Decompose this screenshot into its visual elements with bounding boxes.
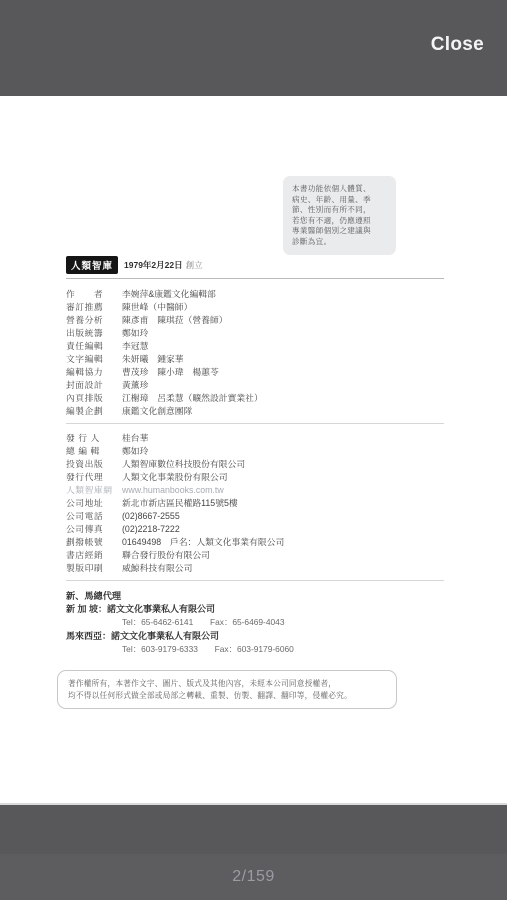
info-value: 人類文化事業股份有限公司 [122,470,228,483]
credit-row: 編製企劃 康鑑文化創意團隊 [66,404,444,417]
credit-row: 作 者 李婉萍&康鑑文化編輯部 [66,287,444,300]
credit-label: 編輯協力 [66,365,122,378]
credit-value: 江榭璋 呂柔慧（曠然設計實業社） [122,391,263,404]
info-row: 發 行 人 桂台華 [66,431,444,444]
pager-strip[interactable]: 2/159 [0,854,507,900]
credit-label: 內頁排版 [66,391,122,404]
reader-screen: Close 本書功能依個人體質、 病史、年齡、用量、季 節、性別而有所不同， 若… [0,0,507,900]
info-row: 製版印刷 威鯨科技有限公司 [66,561,444,574]
copyright-notice-box: 著作權所有，本著作文字、圖片、版式及其他內容，未經本公司同意授權者， 均不得以任… [57,670,397,709]
info-label: 書店經銷 [66,548,122,561]
note-line: 若您有不適，仍應遵照 [292,216,387,227]
page-indicator: 2/159 [232,868,275,886]
website-url: www.humanbooks.com.tw [122,485,224,495]
credit-value: 陳世峰（中醫師） [122,300,192,313]
book-page[interactable]: 本書功能依個人體質、 病史、年齡、用量、季 節、性別而有所不同， 若您有不適，仍… [0,96,507,803]
info-label: 發 行 人 [66,431,122,444]
copyright-line: 均不得以任何形式做全部或局部之轉載、重製、仿製、翻譯、翻印等，侵權必究。 [68,690,386,702]
credit-value: 黃薰珍 [122,378,148,391]
agent-region: 新 加 坡： [66,602,107,615]
credit-value: 陳彥甫 陳琪菈（營養師） [122,313,228,326]
credit-value: 李婉萍&康鑑文化編輯部 [122,287,216,300]
founded-suffix: 創立 [186,259,203,271]
bottom-bar: 2/159 [0,803,507,900]
credit-row: 審訂推薦 陳世峰（中醫師） [66,300,444,313]
note-line: 節、性別而有所不同， [292,205,387,216]
info-value: 威鯨科技有限公司 [122,561,192,574]
info-value: 01649498 戶名：人類文化事業有限公司 [122,535,284,548]
credit-value: 李冠慧 [122,339,148,352]
credit-value: 康鑑文化創意團隊 [122,404,192,417]
info-label: 總 編 輯 [66,444,122,457]
info-row: 書店經銷 聯合發行股份有限公司 [66,548,444,561]
credit-row: 營養分析 陳彥甫 陳琪菈（營養師） [66,313,444,326]
credit-label: 營養分析 [66,313,122,326]
founded-date: 1979年2月22日 [124,259,183,271]
note-line: 病史、年齡、用量、季 [292,195,387,206]
info-row: 投資出版 人類智庫數位科技股份有限公司 [66,457,444,470]
credit-label: 編製企劃 [66,404,122,417]
info-value: 桂台華 [122,431,148,444]
info-row: 公司傳真 (02)2218-7222 [66,522,444,535]
credit-row: 責任編輯 李冠慧 [66,339,444,352]
close-button[interactable]: Close [408,34,507,56]
info-label: 公司電話 [66,509,122,522]
agent-region: 馬來西亞： [66,629,111,642]
credit-label: 作 者 [66,287,122,300]
info-row: 公司電話 (02)8667-2555 [66,509,444,522]
copyright-line: 著作權所有，本著作文字、圖片、版式及其他內容，未經本公司同意授權者， [68,678,386,690]
agents-title: 新、馬總代理 [66,588,444,602]
credit-label: 文字編輯 [66,352,122,365]
info-value: 人類智庫數位科技股份有限公司 [122,457,245,470]
colophon-content: 人類智庫 1979年2月22日 創立 作 者 李婉萍&康鑑文化編輯部 審訂推薦 … [66,258,444,709]
info-value: 新北市新店區民權路115號5樓 [122,496,238,509]
top-bar: Close [0,0,507,96]
credit-value: 曹茂珍 陳小瑋 楊蕙苓 [122,365,219,378]
credit-row: 編輯協力 曹茂珍 陳小瑋 楊蕙苓 [66,365,444,378]
credit-value: 朱妍曦 鍾家華 [122,352,184,365]
info-value: (02)8667-2555 [122,511,180,521]
credit-row: 內頁排版 江榭璋 呂柔慧（曠然設計實業社） [66,391,444,404]
divider [66,580,444,581]
note-line: 本書功能依個人體質、 [292,184,387,195]
credit-value: 鄭如玲 [122,326,148,339]
agent-row: 馬來西亞： 諾文文化事業私人有限公司 [66,629,444,643]
credit-label: 封面設計 [66,378,122,391]
note-line: 診斷為宜。 [292,237,387,248]
divider [66,423,444,424]
publisher-header: 人類智庫 1979年2月22日 創立 [66,258,444,272]
credit-label: 出版統籌 [66,326,122,339]
info-label: 劃撥帳號 [66,535,122,548]
overseas-agents-block: 新、馬總代理 新 加 坡： 諾文文化事業私人有限公司 Tel：65-6462-6… [66,588,444,656]
info-value: (02)2218-7222 [122,524,180,534]
credit-label: 審訂推薦 [66,300,122,313]
credit-row: 封面設計 黃薰珍 [66,378,444,391]
info-label: 投資出版 [66,457,122,470]
agent-company: 諾文文化事業私人有限公司 [107,602,215,615]
info-row: 公司地址 新北市新店區民權路115號5樓 [66,496,444,509]
agent-contact: Tel：65-6462-6141 Fax：65-6469-4043 [66,616,444,630]
info-label: 發行代理 [66,470,122,483]
agent-company: 諾文文化事業私人有限公司 [111,629,219,642]
credits-block: 作 者 李婉萍&康鑑文化編輯部 審訂推薦 陳世峰（中醫師） 營養分析 陳彥甫 陳… [66,287,444,417]
divider [66,278,444,279]
info-label: 公司傳真 [66,522,122,535]
info-row-website: 人類智庫網 www.humanbooks.com.tw [66,483,444,496]
note-line: 專業醫師個別之建議與 [292,226,387,237]
info-row: 劃撥帳號 01649498 戶名：人類文化事業有限公司 [66,535,444,548]
credit-label: 責任編輯 [66,339,122,352]
credit-row: 文字編輯 朱妍曦 鍾家華 [66,352,444,365]
credit-row: 出版統籌 鄭如玲 [66,326,444,339]
info-label: 人類智庫網 [66,483,122,496]
info-value: 鄭如玲 [122,444,148,457]
disclaimer-note-box: 本書功能依個人體質、 病史、年齡、用量、季 節、性別而有所不同， 若您有不適，仍… [283,176,396,255]
publisher-logo: 人類智庫 [66,256,118,274]
info-label: 公司地址 [66,496,122,509]
agent-row: 新 加 坡： 諾文文化事業私人有限公司 [66,602,444,616]
info-label: 製版印刷 [66,561,122,574]
info-value: 聯合發行股份有限公司 [122,548,210,561]
info-row: 總 編 輯 鄭如玲 [66,444,444,457]
agent-contact: Tel：603-9179-6333 Fax：603-9179-6060 [66,643,444,657]
info-row: 發行代理 人類文化事業股份有限公司 [66,470,444,483]
publisher-info-block: 發 行 人 桂台華 總 編 輯 鄭如玲 投資出版 人類智庫數位科技股份有限公司 … [66,431,444,574]
